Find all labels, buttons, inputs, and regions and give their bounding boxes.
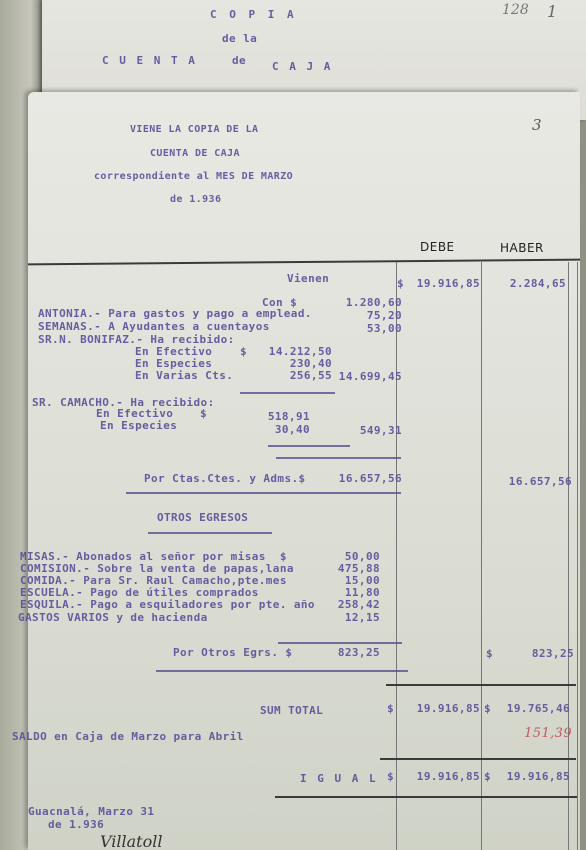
heading-line2: CUENTA DE CAJA: [150, 148, 240, 159]
column-header-haber: HABER: [500, 241, 544, 255]
entry-amount: 1.280,60: [330, 296, 402, 309]
otros-subtotal-debe: 823,25: [320, 646, 380, 659]
back-folio-note: 128: [502, 2, 529, 18]
igual-label: I G U A L: [300, 772, 378, 785]
saldo-label: SALDO en Caja de Marzo para Abril: [12, 730, 244, 743]
rule: [126, 492, 401, 494]
subtotal-ctas-haber: 16.657,56: [490, 475, 572, 488]
otros-egresos-title: OTROS EGRESOS: [157, 511, 248, 524]
camacho-item-label: En Especies: [100, 419, 177, 432]
igual-haber-currency: $: [484, 770, 491, 783]
bonifaz-total: 14.699,45: [330, 370, 402, 383]
vienen-debe: 19.916,85: [410, 277, 480, 290]
signature: Villatoll: [100, 832, 162, 850]
column-rule-2: [481, 262, 482, 850]
camacho-total: 549,31: [330, 424, 402, 437]
entry-amount: 75,20: [330, 309, 402, 322]
back-title-copia: C O P I A: [210, 8, 297, 21]
vienen-currency: $: [397, 277, 404, 290]
vienen-label: Vienen: [287, 272, 329, 285]
column-rule-4: [577, 262, 578, 850]
saldo-haber: 151,39: [500, 726, 572, 741]
egreso-amount: 12,15: [320, 611, 380, 624]
sum-total-haber-currency: $: [484, 702, 491, 715]
otros-subtotal-haber: 823,25: [500, 647, 574, 660]
igual-debe: 19.916,85: [400, 770, 480, 783]
footer-year: de 1.936: [48, 818, 104, 831]
rule: [276, 457, 401, 459]
column-header-debe: DEBE: [420, 240, 455, 254]
entry-label: SEMANAS.- A Ayudantes a cuentayos: [38, 320, 270, 333]
rule: [240, 392, 335, 394]
sum-total-debe: 19.916,85: [400, 702, 480, 715]
subtotal-ctas-label: Por Ctas.Ctes. y Adms.$: [144, 472, 306, 485]
camacho-item-amount: 30,40: [240, 423, 310, 436]
back-page-number: 1: [547, 2, 557, 21]
bonifaz-item-amount: 256,55: [240, 369, 332, 382]
footer-place-date: Guacnalá, Marzo 31: [28, 805, 154, 818]
igual-haber: 19.916,85: [492, 770, 570, 783]
heading-line4: de 1.936: [170, 194, 221, 205]
igual-rule-top: [380, 758, 576, 760]
heading-line1: VIENE LA COPIA DE LA: [130, 124, 258, 135]
rule: [278, 642, 402, 644]
back-title-de: de: [232, 54, 246, 67]
front-page-number: 3: [532, 116, 542, 134]
rule: [148, 532, 272, 534]
entry-amount: 53,00: [330, 322, 402, 335]
back-title-de-la: de la: [222, 32, 257, 45]
subtotal-ctas-debe: 16.657,56: [320, 472, 402, 485]
sum-total-currency: $: [387, 702, 394, 715]
otros-subtotal-haber-currency: $: [486, 647, 493, 660]
column-rule-3: [568, 262, 569, 850]
camacho-item-amount: 518,91: [240, 410, 310, 423]
egreso-amount: 258,42: [320, 598, 380, 611]
rule: [268, 445, 350, 447]
heading-line3: correspondiente al MES DE MARZO: [94, 171, 293, 182]
sum-total-label: SUM TOTAL: [260, 704, 323, 717]
entry-label: ANTONIA.- Para gastos y pago a emplead.: [38, 307, 312, 320]
igual-currency: $: [387, 770, 394, 783]
camacho-item-currency: $: [200, 407, 207, 420]
egreso-label: ESQUILA.- Pago a esquiladores por pte. a…: [20, 598, 315, 611]
column-rule-1: [396, 262, 397, 850]
igual-rule-bottom: [275, 796, 577, 798]
sum-total-haber: 19.765,46: [492, 702, 570, 715]
vienen-haber: 2.284,65: [490, 277, 566, 290]
sum-rule: [386, 684, 576, 686]
bonifaz-item-label: En Varias Cts.: [135, 369, 233, 382]
rule: [156, 670, 408, 672]
otros-subtotal-label: Por Otros Egrs. $: [173, 646, 292, 659]
back-title-caja: C A J A: [272, 60, 332, 73]
egreso-label: GASTOS VARIOS y de hacienda: [18, 611, 208, 624]
back-title-cuenta: C U E N T A: [102, 54, 197, 67]
